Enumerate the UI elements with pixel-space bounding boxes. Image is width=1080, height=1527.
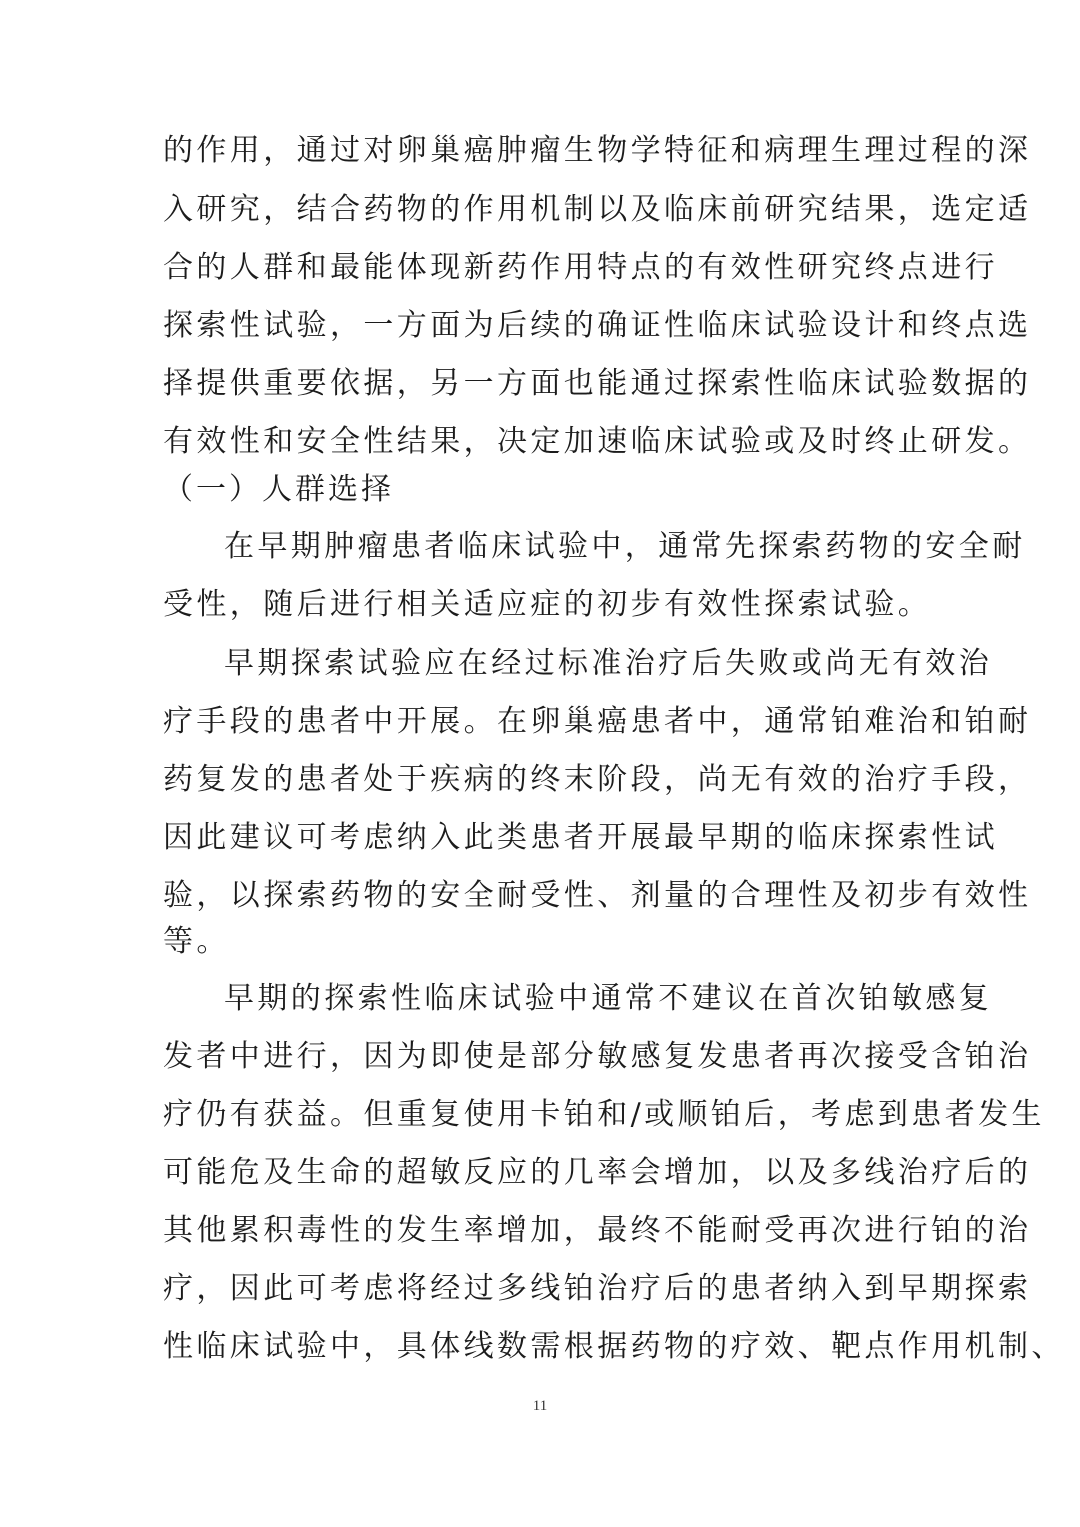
text-line: 等。 <box>163 922 230 962</box>
text-line: 合的人群和最能体现新药作用特点的有效性研究终点进行 <box>163 248 920 288</box>
text-line: 探索性试验，一方面为后续的确证性临床试验设计和终点选 <box>163 306 920 346</box>
text-line: 在早期肿瘤患者临床试验中，通常先探索药物的安全耐 <box>224 527 920 567</box>
text-line: 验，以探索药物的安全耐受性、剂量的合理性及初步有效性 <box>163 876 920 916</box>
text-line: 早期探索试验应在经过标准治疗后失败或尚无有效治 <box>224 644 920 684</box>
page-number: 11 <box>0 1396 1080 1416</box>
text-line: 的作用，通过对卵巢癌肿瘤生物学特征和病理生理过程的深 <box>163 131 920 171</box>
text-line: 可能危及生命的超敏反应的几率会增加，以及多线治疗后的 <box>163 1153 920 1193</box>
text-line: 因此建议可考虑纳入此类患者开展最早期的临床探索性试 <box>163 818 920 858</box>
document-page: 的作用，通过对卵巢癌肿瘤生物学特征和病理生理过程的深 入研究，结合药物的作用机制… <box>0 0 1080 1527</box>
text-line: 入研究，结合药物的作用机制以及临床前研究结果，选定适 <box>163 190 920 230</box>
text-line: 药复发的患者处于疾病的终末阶段，尚无有效的治疗手段， <box>163 760 920 800</box>
text-line: 性临床试验中，具体线数需根据药物的疗效、靶点作用机制、 <box>163 1327 920 1367</box>
text-line: 有效性和安全性结果，决定加速临床试验或及时终止研发。 <box>163 422 920 462</box>
text-line: 疗，因此可考虑将经过多线铂治疗后的患者纳入到早期探索 <box>163 1269 920 1309</box>
text-line: 其他累积毒性的发生率增加，最终不能耐受再次进行铂的治 <box>163 1211 920 1251</box>
text-line: 择提供重要依据，另一方面也能通过探索性临床试验数据的 <box>163 364 920 404</box>
section-heading: （一）人群选择 <box>163 470 394 510</box>
text-line: 发者中进行，因为即使是部分敏感复发患者再次接受含铂治 <box>163 1037 920 1077</box>
text-line: 疗仍有获益。但重复使用卡铂和/或顺铂后，考虑到患者发生 <box>163 1095 920 1135</box>
text-line: 疗手段的患者中开展。在卵巢癌患者中，通常铂难治和铂耐 <box>163 702 920 742</box>
text-line: 早期的探索性临床试验中通常不建议在首次铂敏感复 <box>224 979 920 1019</box>
text-line: 受性，随后进行相关适应症的初步有效性探索试验。 <box>163 585 931 625</box>
